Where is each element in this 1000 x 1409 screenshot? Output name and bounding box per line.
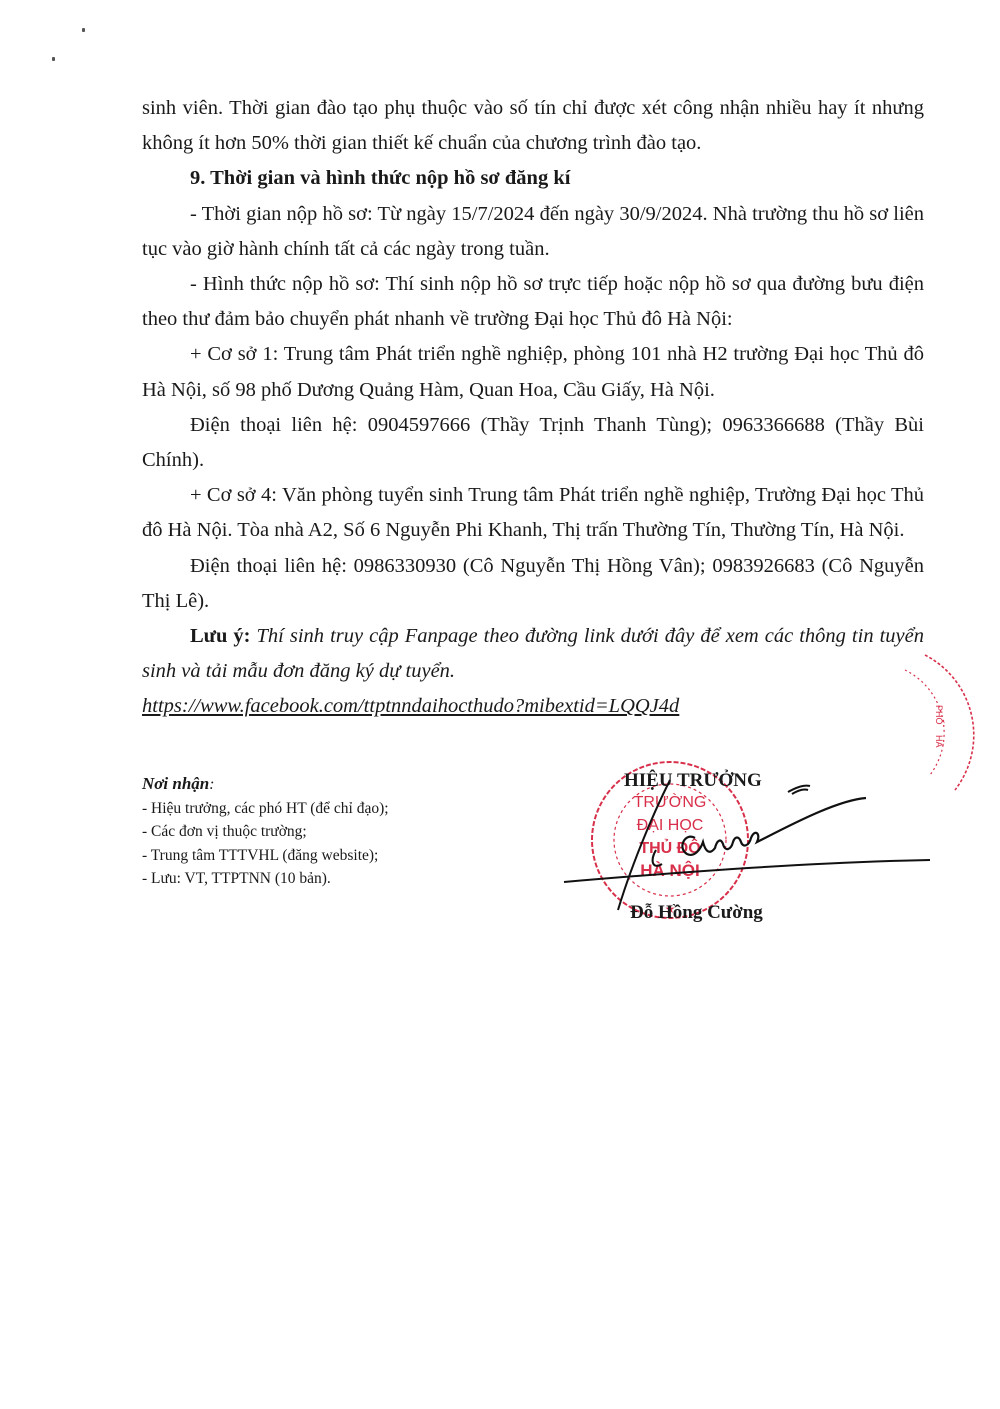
submission-method: - Hình thức nộp hồ sơ: Thí sinh nộp hồ s… [142, 267, 924, 337]
submission-time: - Thời gian nộp hồ sơ: Từ ngày 15/7/2024… [142, 197, 924, 267]
receiver-item: - Các đơn vị thuộc trường; [142, 820, 389, 844]
continuation-paragraph: sinh viên. Thời gian đào tạo phụ thuộc v… [142, 91, 924, 161]
receivers-title-row: Nơi nhận: [142, 772, 389, 797]
receivers-title: Nơi nhận [142, 774, 209, 793]
receiver-item: - Lưu: VT, TTPTNN (10 bản). [142, 867, 389, 891]
document-body: sinh viên. Thời gian đào tạo phụ thuộc v… [142, 91, 924, 725]
campus-4-phone: Điện thoại liên hệ: 0986330930 (Cô Nguyễ… [142, 549, 924, 619]
scan-speck [82, 28, 85, 32]
note-paragraph: Lưu ý: Thí sinh truy cập Fanpage theo đư… [142, 619, 924, 689]
handwritten-signature [560, 760, 980, 940]
campus-1-address: + Cơ sở 1: Trung tâm Phát triển nghề ngh… [142, 337, 924, 407]
receiver-item: - Hiệu trưởng, các phó HT (để chỉ đạo); [142, 797, 389, 821]
signature-block: TRƯỜNG ĐẠI HỌC THỦ ĐÔ HÀ NỘI ★ HIỆU TRƯỞ… [560, 760, 980, 940]
fanpage-link[interactable]: https://www.facebook.com/ttptnndaihocthu… [142, 695, 679, 717]
note-text: Thí sinh truy cập Fanpage theo đường lin… [142, 625, 924, 682]
note-label: Lưu ý: [190, 625, 250, 647]
campus-4-address: + Cơ sở 4: Văn phòng tuyển sinh Trung tâ… [142, 478, 924, 548]
campus-1-phone: Điện thoại liên hệ: 0904597666 (Thầy Trị… [142, 408, 924, 478]
signer-name: Đỗ Hồng Cường [630, 902, 763, 924]
scan-speck [52, 57, 55, 61]
receivers-block: Nơi nhận: - Hiệu trưởng, các phó HT (để … [142, 772, 389, 891]
svg-text:PHỐ: PHỐ [934, 705, 945, 725]
svg-text:HÀ: HÀ [934, 735, 944, 748]
receiver-item: - Trung tâm TTTVHL (đăng website); [142, 844, 389, 868]
section-heading: 9. Thời gian và hình thức nộp hồ sơ đăng… [142, 161, 924, 196]
